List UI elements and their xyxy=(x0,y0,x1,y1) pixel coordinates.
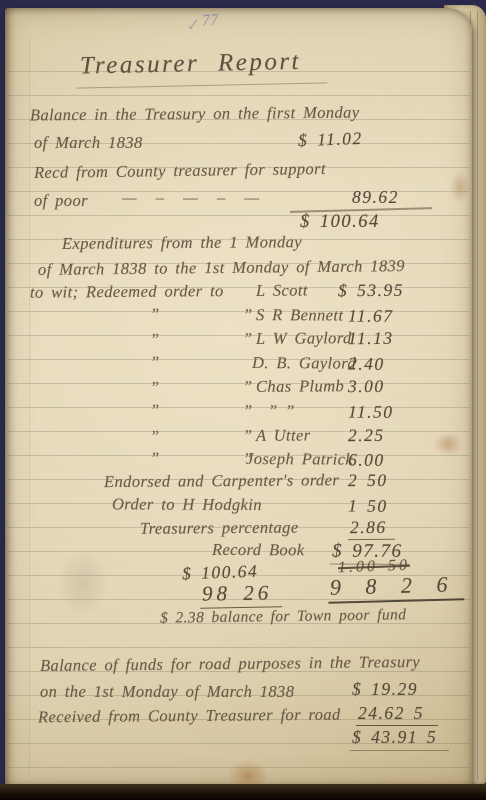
ledger-row: Order to H Hodgkin 1 50 xyxy=(0,494,486,519)
ledger-row: ” ” Joseph Patrick 6.00 xyxy=(0,448,486,473)
ledger-row: Endorsed and Carpenter's order 2 50 xyxy=(0,469,486,495)
amount-value: 2.40 xyxy=(348,354,385,375)
road-funds-balance-amount: $ 19.29 xyxy=(352,679,418,700)
amount-value: 11.50 xyxy=(348,402,394,423)
ledger-row: ” ” Chas Plumb 3.00 xyxy=(0,375,486,401)
ledger-row: to wit; Redeemed order to L Scott $ 53.9… xyxy=(0,279,486,305)
ledger-row: ” ” A Utter 2.25 xyxy=(0,424,486,450)
row-label: Order to H Hodgkin xyxy=(112,494,262,515)
balance-note: $ 2.38 balance for Town poor fund xyxy=(160,606,407,627)
ledger-row: ” ” ” ” 11.50 xyxy=(0,400,486,425)
ditto-mark: ” xyxy=(150,427,160,447)
ditto-mark: ” xyxy=(150,401,160,421)
amount-value: 11.67 xyxy=(348,306,394,327)
amount-value: 2.86 xyxy=(348,517,395,540)
payee-name: Record Book xyxy=(212,540,305,560)
ledger-row: Treasurers percentage 2.86 xyxy=(0,516,486,542)
amount-value: 1 50 xyxy=(348,496,388,517)
road-funds-total: $ 43.91 5 xyxy=(350,727,449,751)
road-funds-line-2-label: on the 1st Monday of March 1838 xyxy=(40,682,294,702)
calc-right-figure: 9 8 2 6 xyxy=(328,571,464,604)
payee-name: S R Bennett xyxy=(256,305,343,325)
amount-value: 3.00 xyxy=(348,376,385,397)
road-funds-received-amount: 24.62 5 xyxy=(356,703,438,726)
row-label: Treasurers percentage xyxy=(140,518,299,539)
calc-left-figure: 98 26 xyxy=(200,580,283,608)
amount-value: 11.13 xyxy=(348,328,394,349)
payee-name: ” ” xyxy=(268,401,295,421)
book-cover-bottom xyxy=(0,784,486,800)
ledger-row: ” D. B. Gaylord 2.40 xyxy=(0,352,486,377)
ditto-mark: ” xyxy=(243,401,253,421)
ditto-mark: ” xyxy=(243,329,253,349)
payee-name: D. B. Gaylord xyxy=(252,353,356,374)
payee-name: L W Gaylord xyxy=(256,328,352,349)
payee-name: A Utter xyxy=(256,425,311,445)
payee-name: Chas Plumb xyxy=(256,376,344,397)
ledger-row: ” ” S R Bennett 11.67 xyxy=(0,304,486,329)
amount-value: $ 53.95 xyxy=(338,280,404,302)
ditto-mark: ” xyxy=(243,305,253,325)
road-funds-line-1: Balance of funds for road purposes in th… xyxy=(40,652,420,676)
amount-value: 2.25 xyxy=(348,425,385,446)
ditto-mark: ” xyxy=(243,377,253,397)
row-label: Endorsed and Carpenter's order xyxy=(104,470,339,492)
handwritten-content: ✓ 77 Treasurer Report Balance in the Tre… xyxy=(0,0,486,800)
ledger-row: ” ” L W Gaylord 11.13 xyxy=(0,327,486,353)
ditto-mark: ” xyxy=(150,305,160,325)
road-funds-line-3-label: Received from County Treasurer for road xyxy=(38,705,341,728)
amount-value: 6.00 xyxy=(348,450,385,471)
ditto-mark: ” xyxy=(150,353,160,373)
payee-name: L Scott xyxy=(256,280,308,300)
row-label: to wit; Redeemed order to xyxy=(30,281,224,303)
ditto-mark: ” xyxy=(150,330,160,350)
ditto-mark: ” xyxy=(150,378,160,398)
payee-name: Joseph Patrick xyxy=(246,449,353,470)
amount-value: 2 50 xyxy=(348,470,388,491)
ledger-row: Record Book $ 97.76 xyxy=(0,539,486,564)
ditto-mark: ” xyxy=(243,426,253,446)
ditto-mark: ” xyxy=(150,449,160,469)
